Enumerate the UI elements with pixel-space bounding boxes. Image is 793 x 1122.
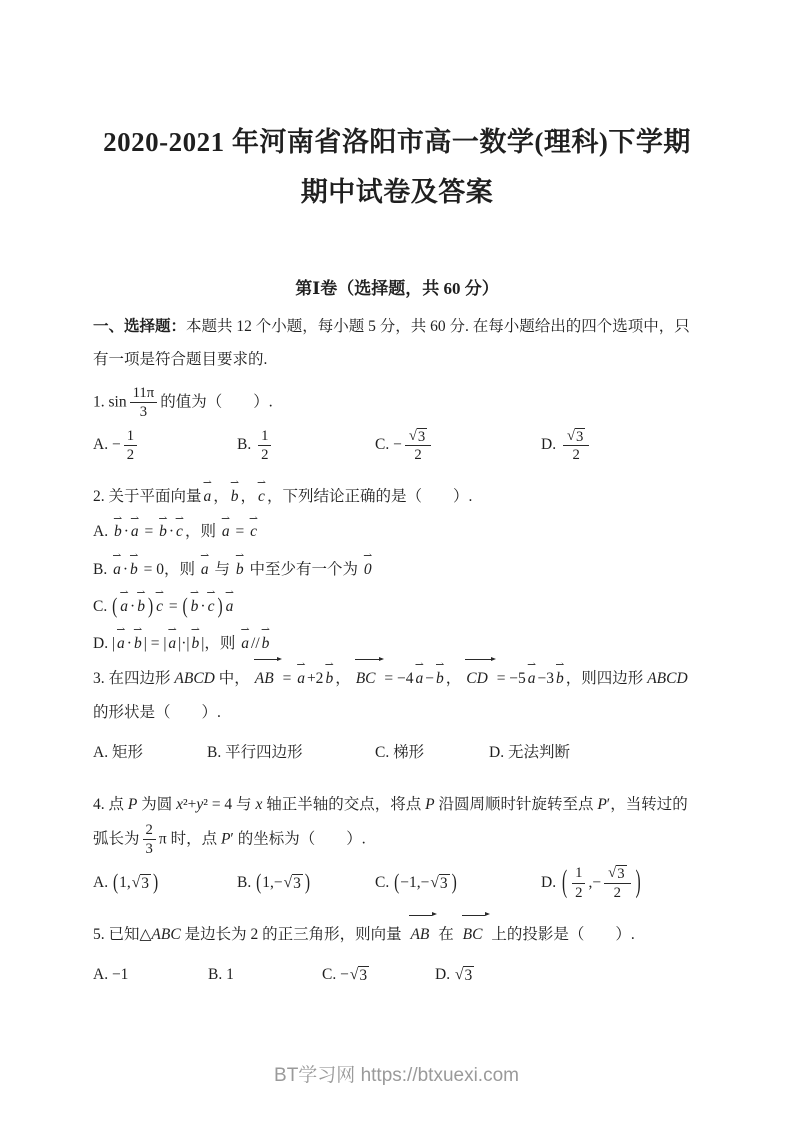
- question-4-option-c: C. (−1,−√3): [375, 862, 541, 904]
- question-3-option-c: C. 梯形: [375, 732, 489, 774]
- section-header: 第Ⅰ卷（选择题，共 60 分）: [93, 274, 701, 299]
- question-5-options: A. −1 B. 1 C. −√3 D. √3: [93, 954, 701, 996]
- question-3: 3. 在四边形 ABCD 中，AB = a+2b，BC = −4a−b，CD =…: [93, 662, 701, 773]
- question-4-option-d: D. (12,−√32): [541, 862, 701, 904]
- question-2-option-c: C. (a·b)c = (b·c)a: [93, 588, 701, 625]
- question-1-option-b: B. 12: [237, 424, 375, 466]
- question-5-option-b: B. 1: [208, 954, 322, 996]
- question-3-option-b: B. 平行四边形: [207, 732, 375, 774]
- question-1: 1. sin11π3的值为（ ）. A. −12 B. 12 C. −√32 D…: [93, 384, 701, 467]
- exam-document-page: 2020-2021 年河南省洛阳市高一数学(理科)下学期期中试卷及答案 第Ⅰ卷（…: [0, 0, 793, 1122]
- question-3-options: A. 矩形 B. 平行四边形 C. 梯形 D. 无法判断: [93, 732, 701, 774]
- question-5-option-d: D. √3: [435, 954, 701, 996]
- question-3-stem: 3. 在四边形 ABCD 中，AB = a+2b，BC = −4a−b，CD =…: [93, 662, 701, 729]
- question-3-option-a: A. 矩形: [93, 732, 207, 774]
- intro-label: 一、选择题：: [93, 318, 186, 335]
- question-2-option-a: A. b·a = b·c，则 a = c: [93, 513, 701, 550]
- question-5-option-c: C. −√3: [322, 954, 435, 996]
- question-4-stem: 4. 点 P 为圆 x²+y² = 4 与 x 轴正半轴的交点，将点 P 沿圆周…: [93, 788, 701, 859]
- question-5-stem: 5. 已知△ABC 是边长为 2 的正三角形，则向量 AB 在 BC 上的投影是…: [93, 918, 701, 951]
- question-4-options: A. (1,√3) B. (1,−√3) C. (−1,−√3) D. (12,…: [93, 862, 701, 904]
- intro-paragraph: 一、选择题：本题共 12 个小题，每小题 5 分，共 60 分. 在每小题给出的…: [93, 310, 701, 377]
- question-1-option-d: D. √32: [541, 424, 701, 466]
- footer-watermark: BT学习网 https://btxuexi.com: [0, 1060, 793, 1087]
- question-1-options: A. −12 B. 12 C. −√32 D. √32: [93, 424, 701, 466]
- question-2: 2. 关于平面向量a，b，c，下列结论正确的是（ ）. A. b·a = b·c…: [93, 480, 701, 662]
- question-5-option-a: A. −1: [93, 954, 208, 996]
- question-2-stem: 2. 关于平面向量a，b，c，下列结论正确的是（ ）.: [93, 480, 701, 513]
- question-1-option-a: A. −12: [93, 424, 237, 466]
- question-1-option-c: C. −√32: [375, 424, 541, 466]
- question-4: 4. 点 P 为圆 x²+y² = 4 与 x 轴正半轴的交点，将点 P 沿圆周…: [93, 788, 701, 904]
- question-3-option-d: D. 无法判断: [489, 732, 701, 774]
- question-1-stem: 1. sin11π3的值为（ ）.: [93, 384, 701, 422]
- question-5: 5. 已知△ABC 是边长为 2 的正三角形，则向量 AB 在 BC 上的投影是…: [93, 918, 701, 996]
- page-title: 2020-2021 年河南省洛阳市高一数学(理科)下学期期中试卷及答案: [93, 118, 701, 218]
- question-4-option-a: A. (1,√3): [93, 862, 237, 904]
- question-4-option-b: B. (1,−√3): [237, 862, 375, 904]
